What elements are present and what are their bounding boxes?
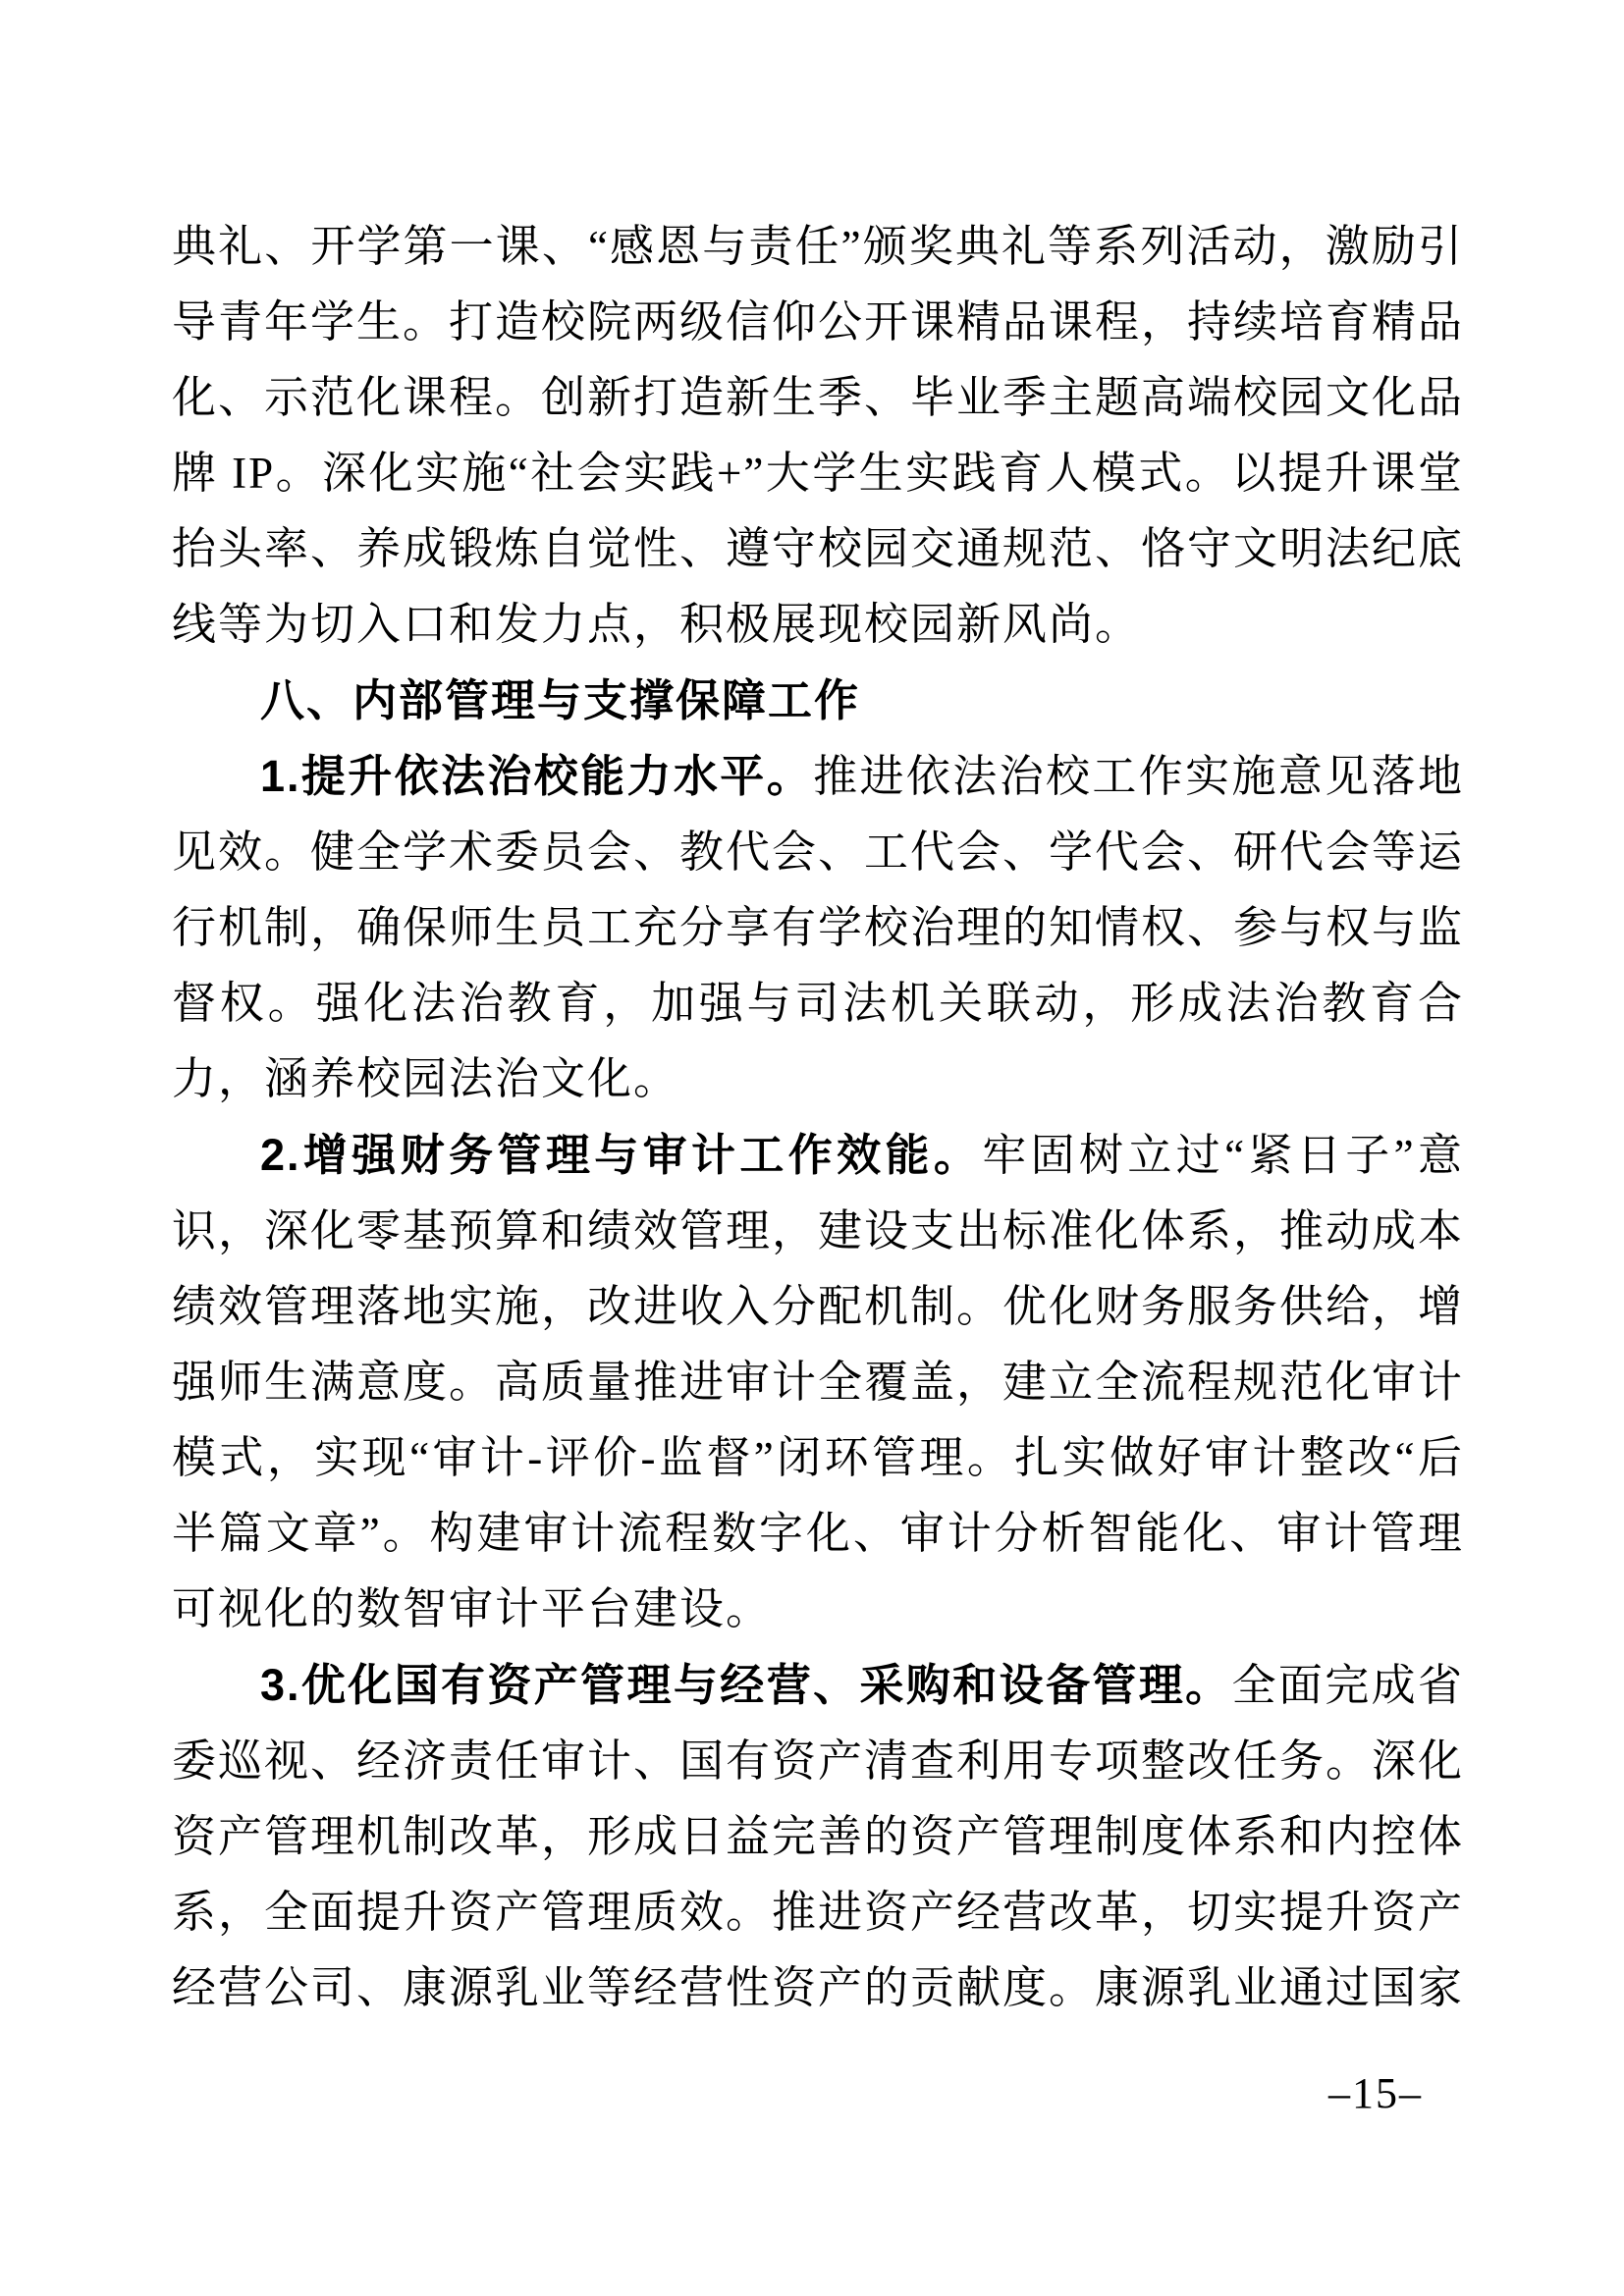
paragraph-text: 牢固树立过“紧日子”意识，深化零基预算和绩效管理，建设支出标准化体系，推动成本绩… — [172, 1131, 1464, 1633]
paragraph-text: 典礼、开学第一课、“感恩与责任”颁奖典礼等系列活动，激励引导青年学生。打造校院两… — [172, 222, 1464, 649]
paragraph: 2.增强财务管理与审计工作效能。牢固树立过“紧日子”意识，深化零基预算和绩效管理… — [172, 1117, 1464, 1647]
paragraph-continued: 典礼、开学第一课、“感恩与责任”颁奖典礼等系列活动，激励引导青年学生。打造校院两… — [172, 209, 1464, 663]
document-body: 典礼、开学第一课、“感恩与责任”颁奖典礼等系列活动，激励引导青年学生。打造校院两… — [172, 209, 1464, 2026]
paragraph: 1.提升依法治校能力水平。推进依法治校工作实施意见落地见效。健全学术委员会、教代… — [172, 738, 1464, 1117]
document-page: 典礼、开学第一课、“感恩与责任”颁奖典礼等系列活动，激励引导青年学生。打造校院两… — [0, 0, 1624, 2296]
paragraph-text: 全面完成省委巡视、经济责任审计、国有资产清查利用专项整改任务。深化资产管理机制改… — [172, 1661, 1464, 2012]
paragraph-text: 推进依法治校工作实施意见落地见效。健全学术委员会、教代会、工代会、学代会、研代会… — [172, 752, 1464, 1103]
paragraph-lead: 3.优化国有资产管理与经营、采购和设备管理。 — [260, 1660, 1231, 1710]
paragraph-lead: 2.增强财务管理与审计工作效能。 — [260, 1130, 982, 1180]
paragraph: 3.优化国有资产管理与经营、采购和设备管理。全面完成省委巡视、经济责任审计、国有… — [172, 1647, 1464, 2026]
section-heading-text: 八、内部管理与支撑保障工作 — [260, 675, 860, 725]
page-number: –15– — [1328, 2064, 1423, 2123]
paragraph-lead: 1.提升依法治校能力水平。 — [260, 751, 813, 801]
section-heading: 八、内部管理与支撑保障工作 — [172, 663, 1464, 738]
